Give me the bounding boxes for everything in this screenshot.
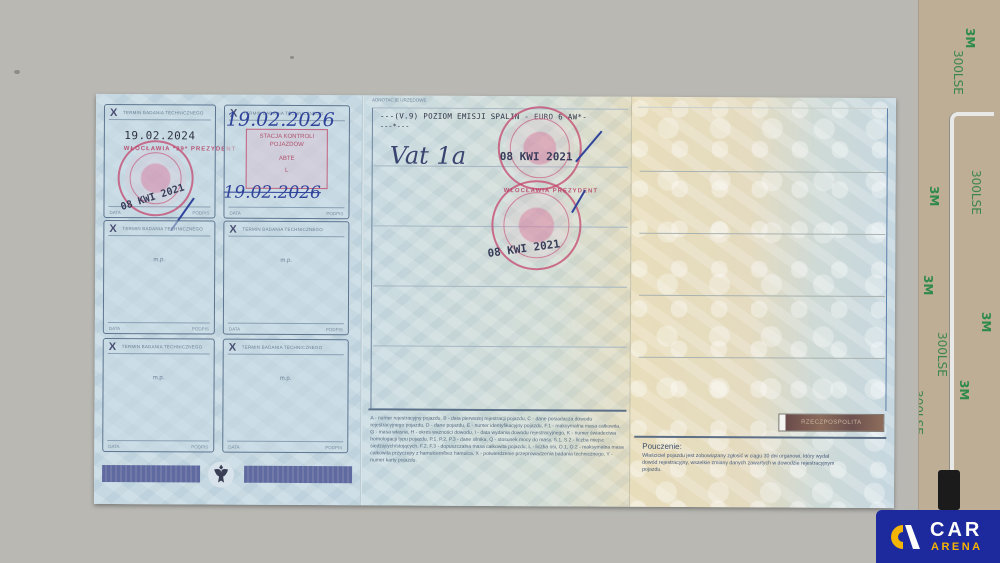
tool-handle xyxy=(938,470,960,510)
inspection-box-4: X TERMIN BADANIA TECHNICZNEGO m.p. DATA … xyxy=(223,221,350,336)
stamp-date-1: 08 KWI 2021 xyxy=(500,150,573,163)
tape-brand: 3M xyxy=(963,28,977,48)
notice-title: Pouczenie: xyxy=(642,442,682,451)
section-header: ADNOTACJE URZĘDOWE xyxy=(372,97,426,102)
car-arena-logo-icon xyxy=(888,522,922,552)
box-header: TERMIN BADANIA TECHNICZNEGO xyxy=(123,110,212,115)
page-official-notes: ADNOTACJE URZĘDOWE ---(V.9) POZIOM EMISJ… xyxy=(362,95,632,506)
tape-brand: 3M xyxy=(927,186,941,206)
field-legend: A - numer rejestracyjny pojazdu, B - dat… xyxy=(370,415,624,465)
handwritten-vat-note: Vat 1a xyxy=(390,141,466,169)
logo-text-arena: ARENA xyxy=(931,541,983,553)
surface-speck xyxy=(290,56,294,59)
handwritten-inspection-signature-date: 19.02.2026 xyxy=(224,183,321,204)
notice-text: Właściciel pojazdu jest zobowiązany zgło… xyxy=(642,453,842,475)
logo-text-car: CAR xyxy=(930,519,982,542)
x-mark: X xyxy=(110,107,117,119)
hologram-strip: RZECZPOSPOLITA xyxy=(778,413,884,432)
registration-document: X TERMIN BADANIA TECHNICZNEGO 19.02.2024… xyxy=(94,94,896,508)
handwritten-next-inspection-date: 19.02.2026 xyxy=(226,109,335,132)
car-arena-logo: CAR ARENA xyxy=(876,510,1000,563)
tape-brand: 3M xyxy=(921,275,935,295)
office-stamp-1 xyxy=(498,106,582,190)
page-technical-inspection: X TERMIN BADANIA TECHNICZNEGO 19.02.2024… xyxy=(94,94,362,505)
metal-wire-tool xyxy=(950,112,994,496)
tape-product: 300LSE xyxy=(935,332,949,377)
inspection-box-3: X TERMIN BADANIA TECHNICZNEGO m.p. DATA … xyxy=(103,220,216,335)
polish-eagle-icon xyxy=(206,460,236,488)
national-emblem-band xyxy=(102,460,352,489)
surface-speck xyxy=(14,70,20,74)
inspection-station-stamp: STACJA KONTROLI POJAZDÓW ABTE L xyxy=(246,129,328,189)
inspection-box-6: X TERMIN BADANIA TECHNICZNEGO m.p. DATA … xyxy=(222,339,349,454)
page-notice: RZECZPOSPOLITA Pouczenie: Właściciel poj… xyxy=(630,97,896,508)
inspection-box-5: X TERMIN BADANIA TECHNICZNEGO m.p. DATA … xyxy=(102,338,215,453)
tape-product: 300LSE xyxy=(918,390,925,435)
tape-product: 300LSE xyxy=(951,50,965,95)
